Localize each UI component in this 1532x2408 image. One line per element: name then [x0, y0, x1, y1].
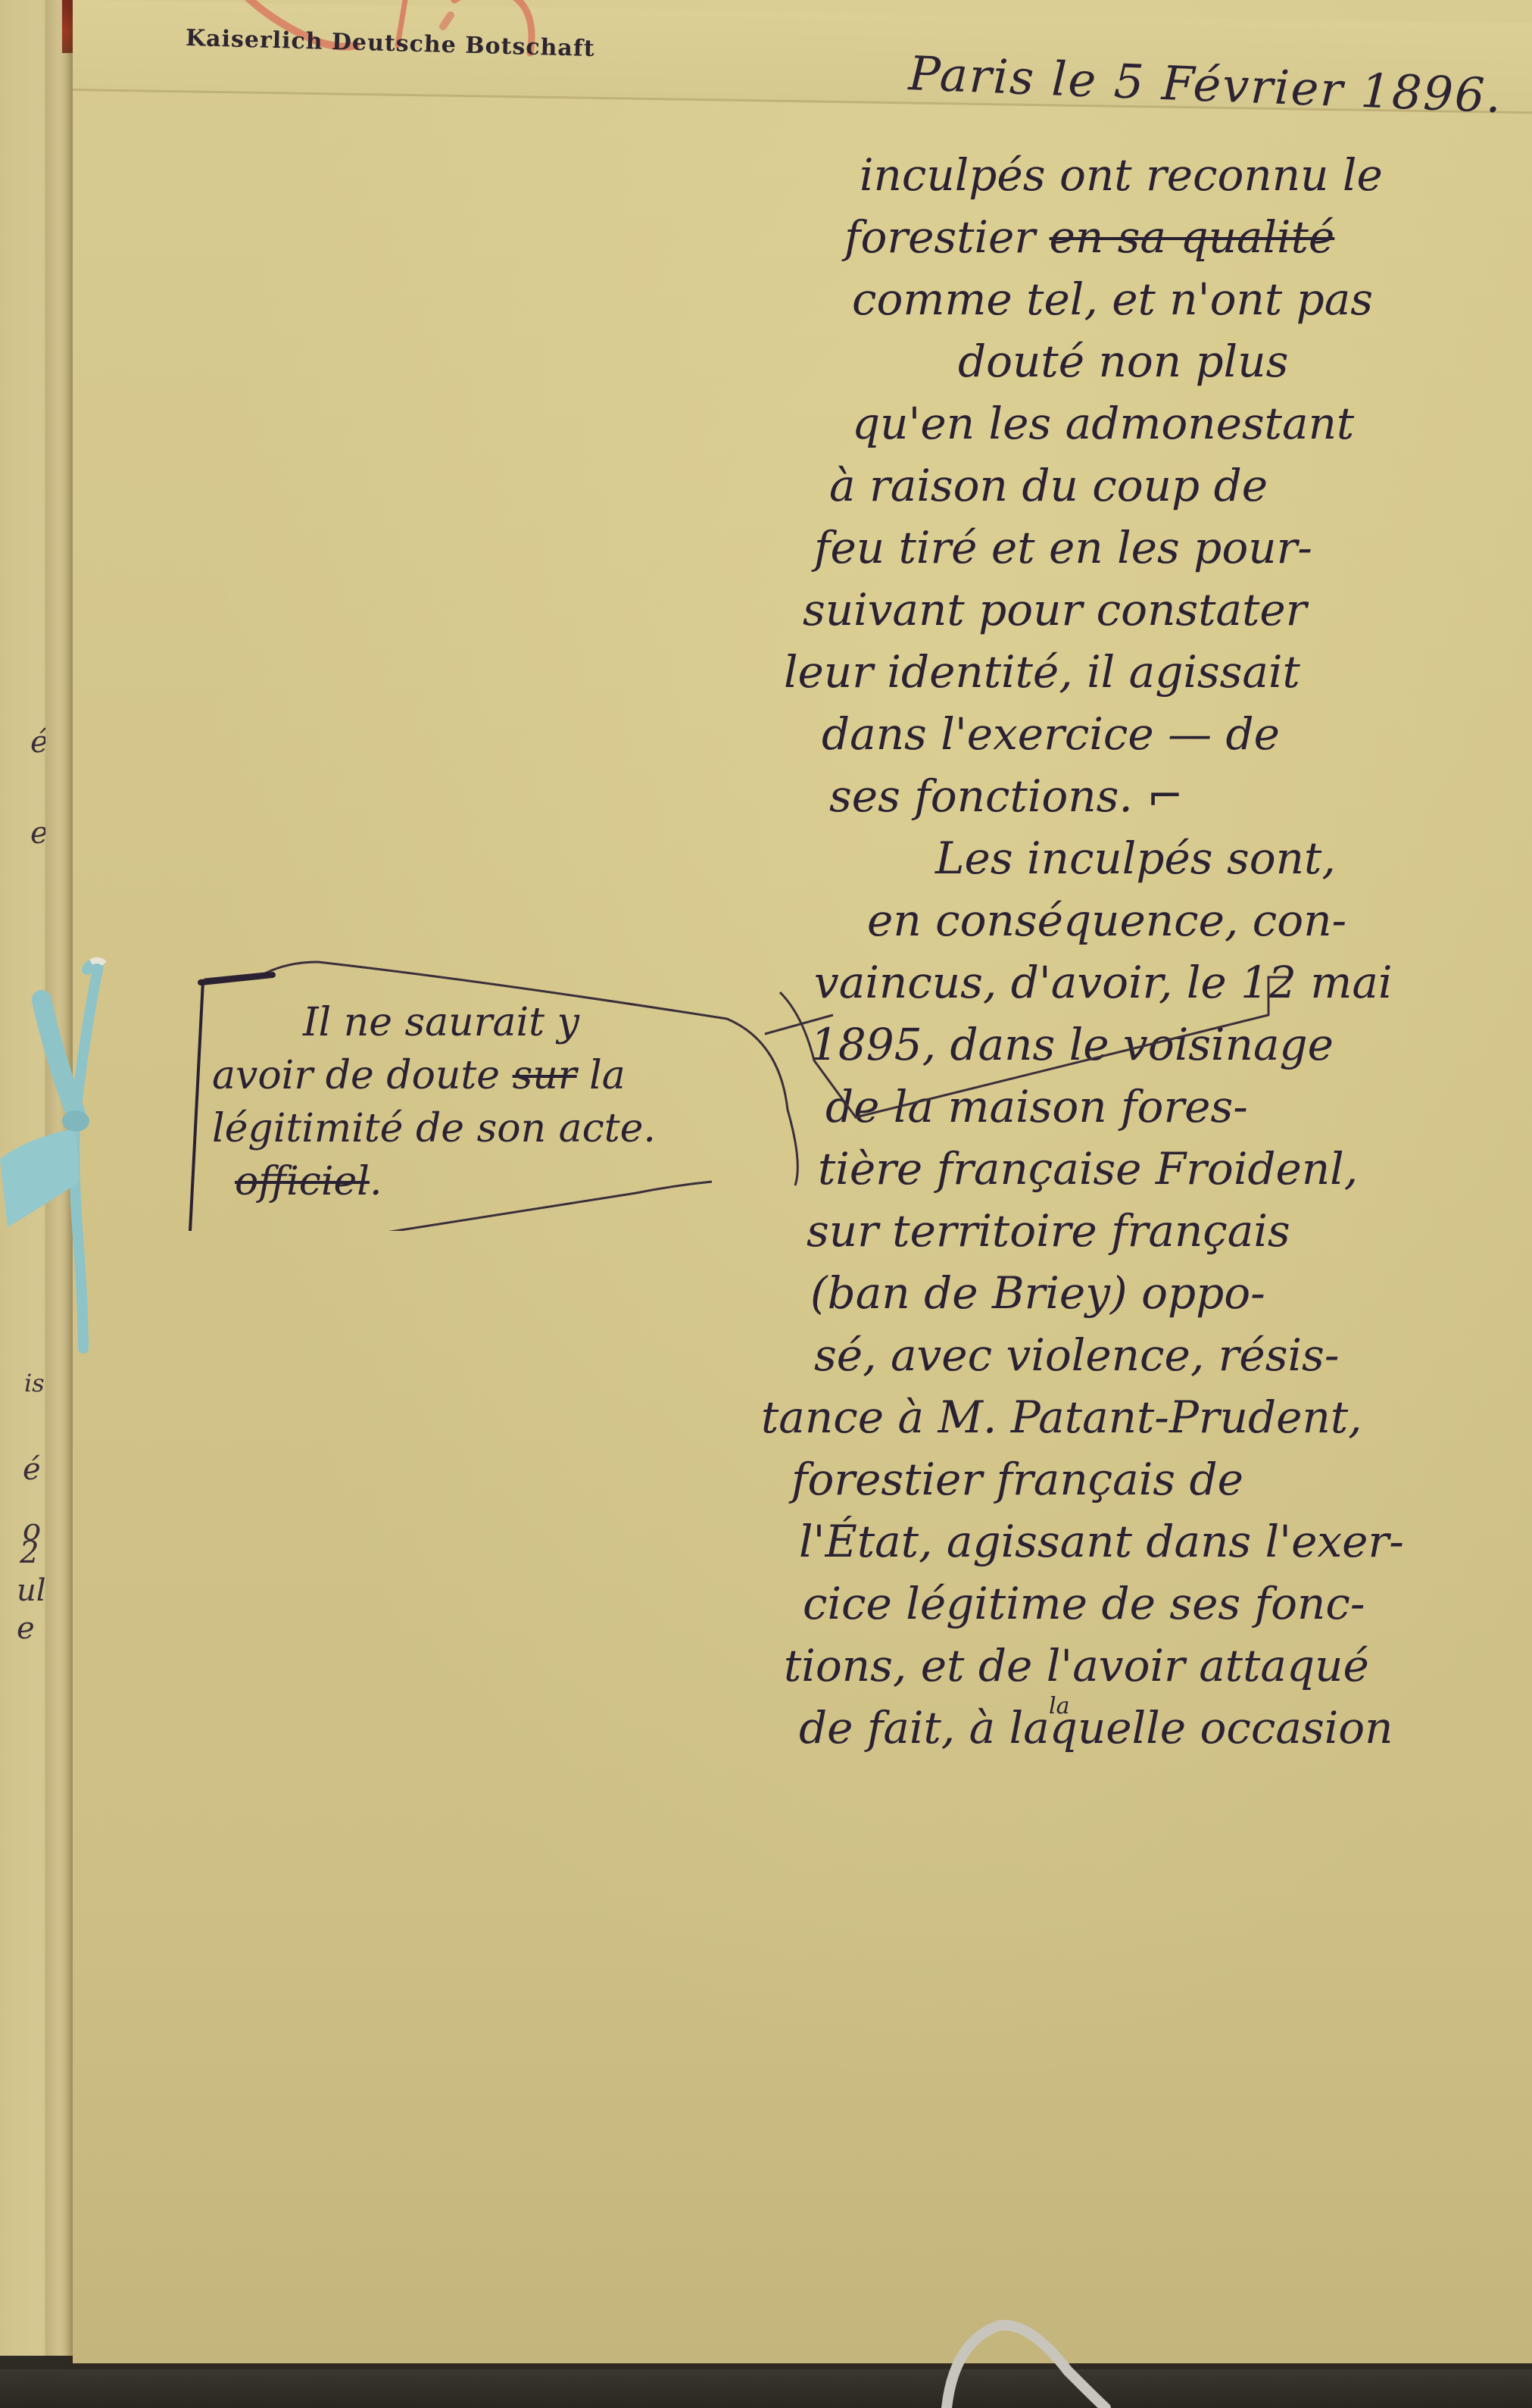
- insertion-text: Il ne saurait y avoir de doute sur la lé…: [212, 996, 803, 1208]
- marginal-insertion-box: Il ne saurait y avoir de doute sur la lé…: [182, 958, 810, 1231]
- cable-icon: [909, 2310, 1242, 2408]
- text-line: (ban de Briey) oppo-: [810, 1262, 1532, 1324]
- insertion-line: légitimité de son acte.: [212, 1102, 803, 1155]
- text-line: 1895, dans le voisinage: [810, 1013, 1532, 1076]
- text-line: ses fonctions. ⌐: [829, 765, 1532, 827]
- text-line: suivant pour constater: [803, 579, 1532, 641]
- struck-text: sur: [513, 1053, 577, 1098]
- text-line: cice légitime de ses fonc-: [803, 1573, 1532, 1635]
- fragment-text: e: [17, 1613, 35, 1644]
- interlinear-insertion: la: [1049, 1676, 1069, 1738]
- text-line: qu'en les admonestant: [852, 392, 1532, 454]
- text-line: de la maison fores-: [825, 1076, 1532, 1138]
- fragment-text: ul: [17, 1576, 46, 1606]
- text-line: lade fait, à laquelle occasion: [799, 1697, 1532, 1759]
- fragment-text: é: [23, 1454, 41, 1485]
- text-line: sé, avec violence, résis-: [814, 1324, 1532, 1386]
- text-line: tière française Froidenl,: [818, 1138, 1532, 1200]
- fragment-text: is: [24, 1371, 45, 1395]
- text-line: feu tiré et en les pour-: [814, 517, 1532, 579]
- text-line: à raison du coup de: [829, 454, 1532, 517]
- text-line: forestier français de: [791, 1448, 1532, 1510]
- text-line: vaincus, d'avoir, le 12 mai: [814, 951, 1532, 1013]
- struck-text: en sa qualité: [1050, 211, 1335, 263]
- insertion-line: avoir de doute sur la: [212, 1049, 803, 1102]
- text-line: tance à M. Patant-Prudent,: [761, 1386, 1518, 1448]
- text-line: leur identité, il agissait: [784, 641, 1532, 703]
- text-line: forestier en sa qualité: [844, 206, 1532, 268]
- table-surface: [0, 2369, 1532, 2408]
- text-line: l'État, agissant dans l'exer-: [799, 1510, 1532, 1573]
- text-line: comme tel, et n'ont pas: [852, 268, 1532, 330]
- struck-text: officiel: [235, 1159, 370, 1204]
- fragment-text: 2: [20, 1538, 39, 1568]
- binding-ribbon-icon: [0, 939, 106, 1363]
- text-line: dans l'exercice — de: [822, 703, 1532, 765]
- text-line: Les inculpés sont,: [935, 827, 1532, 889]
- text-line: douté non plus: [958, 330, 1532, 392]
- insertion-line: Il ne saurait y: [212, 996, 803, 1049]
- text-line: sur territoire français: [807, 1200, 1532, 1262]
- insertion-line: officiel.: [212, 1155, 803, 1208]
- text-line: tions, et de l'avoir attaqué: [784, 1635, 1532, 1697]
- text-line: en conséquence, con-: [867, 889, 1532, 951]
- main-text-column: inculpés ont reconnu le forestier en sa …: [769, 144, 1526, 1759]
- document-photo: é e is é o 2 ul e Kaiserlich Deutsche Bo…: [0, 0, 1532, 2408]
- text-line: inculpés ont reconnu le: [860, 144, 1532, 206]
